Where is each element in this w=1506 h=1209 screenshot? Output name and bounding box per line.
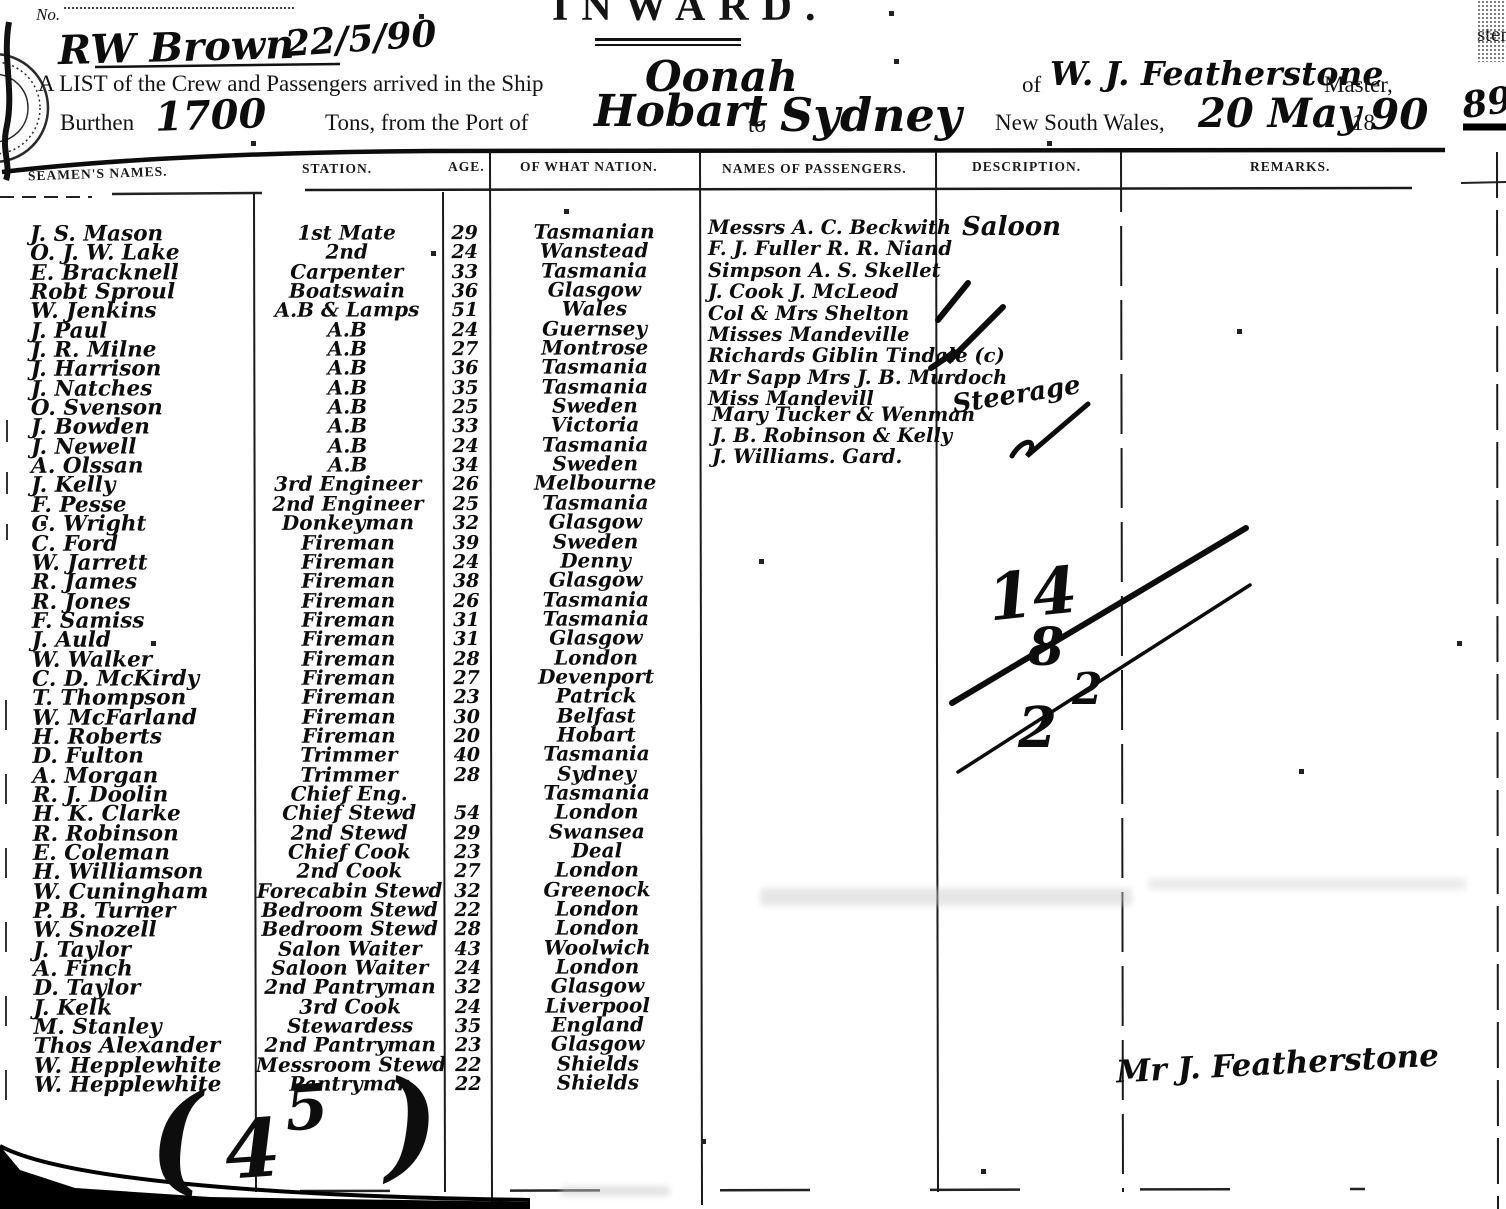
col-header-remarks: REMARKS.	[1250, 159, 1330, 175]
passenger-line: J. Williams. Gard.	[712, 446, 975, 467]
tally-8: 8	[1028, 622, 1064, 674]
list-line-label: A LIST of the Crew and Passengers arrive…	[38, 71, 543, 97]
edge-number-fragment: 890	[1459, 75, 1506, 127]
crew-age: 38	[443, 572, 490, 591]
burthen-value: 1700	[154, 90, 267, 141]
crew-age: 27	[444, 862, 491, 881]
crew-age: 29	[441, 224, 488, 243]
col-header-description: DESCRIPTION.	[972, 159, 1081, 175]
crew-age: 24	[441, 243, 488, 262]
crew-age: 36	[441, 282, 488, 301]
crew-age: 25	[442, 495, 489, 514]
crew-age: 32	[442, 514, 489, 533]
tally-2b: 2	[1072, 668, 1103, 712]
page-title: INWARD.	[552, 0, 829, 31]
year-handwritten: 90	[1370, 90, 1428, 139]
clerk-date: 22/5/90	[284, 13, 438, 65]
crew-age: 22	[444, 901, 491, 920]
crew-age: 51	[441, 301, 488, 320]
col-header-nation: OF WHAT NATION.	[520, 159, 658, 175]
master-signature: Mr J. Featherstone	[1115, 1038, 1439, 1091]
crew-age: 43	[444, 940, 491, 959]
col-header-age: AGE.	[448, 159, 485, 175]
count-paren-close: )	[379, 1062, 443, 1184]
crew-age: 24	[444, 998, 491, 1017]
crew-age: 24	[442, 321, 489, 340]
crew-age: 28	[444, 920, 491, 939]
crew-age: 30	[443, 708, 490, 727]
tally-2a: 2	[1018, 700, 1057, 756]
no-dotted-line	[64, 6, 294, 9]
port-from-value: Hobart	[594, 86, 768, 137]
passenger-list-steerage: Mary Tucker & WenmanJ. B. Robinson & Kel…	[712, 404, 975, 467]
crew-age: 26	[442, 475, 489, 494]
passenger-list-saloon: Messrs A. C. BeckwithF. J. Fuller R. R. …	[708, 217, 1007, 410]
date-value: 20 May	[1198, 90, 1361, 137]
scan-smudge	[1148, 878, 1466, 890]
crew-count-annotation: ( 4 5 )	[144, 1062, 443, 1200]
passenger-line: J. B. Robinson & Kelly	[712, 425, 975, 446]
ship-manifest-document: No. INWARD. RW Brown 22/5/90 A LIST of t…	[0, 0, 1506, 1209]
crew-age: 24	[444, 959, 491, 978]
scan-smudge	[760, 888, 1132, 906]
crew-age: 23	[445, 1036, 492, 1055]
crew-age: 39	[442, 533, 489, 552]
crew-age: 36	[442, 359, 489, 378]
title-underline	[595, 38, 741, 46]
crew-age: 22	[445, 1056, 492, 1075]
passenger-line: J. Cook J. McLeod	[708, 281, 1007, 302]
crew-age: 28	[443, 649, 490, 668]
passenger-line: Mary Tucker & Wenman	[712, 404, 975, 425]
crew-age: 23	[444, 843, 491, 862]
crew-age: 20	[443, 727, 490, 746]
tons-port-label: Tons, from the Port of	[325, 110, 528, 136]
crew-age: 40	[443, 746, 490, 765]
stamp-icon	[0, 22, 48, 180]
crew-age: 32	[444, 978, 491, 997]
crew-age: 26	[443, 591, 490, 610]
passenger-line: Mr Sapp Mrs J. B. Murdoch	[708, 367, 1007, 388]
crew-age: 35	[442, 379, 489, 398]
crew-age: 33	[442, 417, 489, 436]
crew-age: 25	[442, 398, 489, 417]
no-label: No.	[36, 5, 60, 25]
crew-age: 34	[442, 456, 489, 475]
crew-age: 23	[443, 688, 490, 707]
crew-age: 22	[445, 1075, 492, 1094]
crew-age: 31	[443, 630, 490, 649]
col-header-passengers: NAMES OF PASSENGERS.	[722, 161, 907, 177]
port-to-value: Sydney	[780, 88, 962, 142]
scan-smudge	[560, 1186, 670, 1196]
crew-age: 54	[444, 804, 491, 823]
description-saloon: Saloon	[962, 212, 1061, 242]
crew-age: 29	[444, 824, 491, 843]
crew-age: 28	[443, 766, 490, 785]
count-paren-open: (	[144, 1078, 208, 1200]
crew-age: 24	[443, 553, 490, 572]
state-label: New South Wales,	[995, 110, 1165, 136]
count-digit-5: 5	[283, 1076, 330, 1141]
passenger-line: Col & Mrs Shelton	[708, 303, 1007, 324]
crew-age: 35	[445, 1017, 492, 1036]
passenger-line: Misses Mandeville	[708, 324, 1007, 345]
count-digit-4: 4	[222, 1107, 283, 1191]
passenger-line: Richards Giblin Tindale (c)	[708, 345, 1007, 366]
crew-age: 33	[441, 263, 488, 282]
of-label: of	[1022, 72, 1041, 98]
crew-age: 24	[442, 437, 489, 456]
crew-age: 27	[442, 340, 489, 359]
scan-noise-patch	[1477, 0, 1506, 62]
crew-nation: Shields	[492, 1073, 704, 1093]
burthen-label: Burthen	[60, 110, 134, 136]
to-label: to	[748, 112, 766, 138]
crew-age: 31	[443, 611, 490, 630]
crew-age: 32	[444, 882, 491, 901]
clerk-signature: RW Brown	[57, 21, 294, 74]
passenger-line: Simpson A. S. Skellet	[708, 260, 1007, 281]
col-header-station: STATION.	[302, 161, 372, 177]
crew-age: 27	[443, 669, 490, 688]
col-header-seamen-names: SEAMEN'S NAMES.	[28, 164, 168, 185]
